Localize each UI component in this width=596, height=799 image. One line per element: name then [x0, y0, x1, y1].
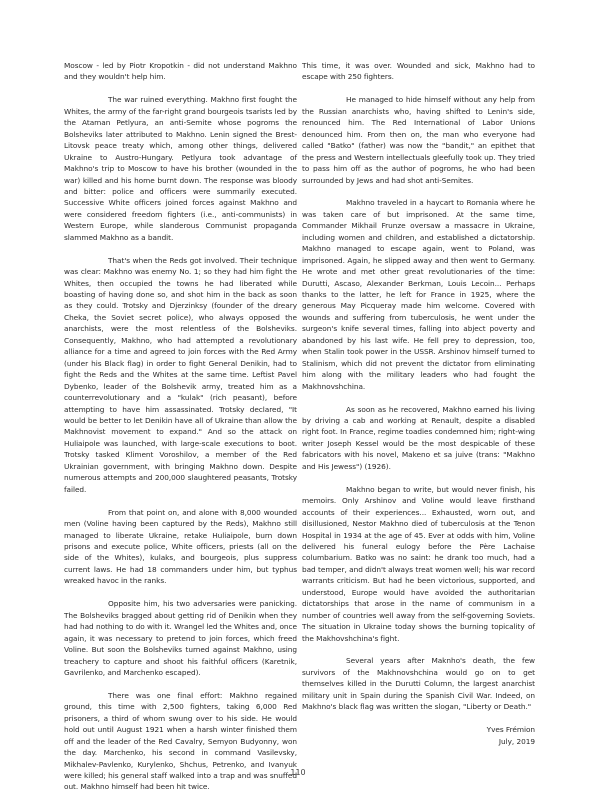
paragraph-continued: This time, it was over. Wounded and sick… — [302, 60, 535, 83]
paragraph: Opposite him, his two adversaries were p… — [64, 598, 297, 678]
paragraph: Makhno began to write, but would never f… — [302, 484, 535, 644]
signature: Yves Frémion July, 2019 — [302, 724, 535, 747]
paragraph: He managed to hide himself without any h… — [302, 94, 535, 186]
page-number: 110 — [0, 768, 596, 777]
paragraph: From that point on, and alone with 8,000… — [64, 507, 297, 587]
right-column: This time, it was over. Wounded and sick… — [302, 60, 535, 747]
signature-date: July, 2019 — [302, 736, 535, 747]
document-page: Moscow - led by Piotr Kropotkin - did no… — [0, 0, 596, 799]
paragraph: That's when the Reds got involved. Their… — [64, 255, 297, 496]
paragraph: Several years after Maknho's death, the … — [302, 655, 535, 712]
paragraph: The war ruined everything. Makhno first … — [64, 94, 297, 243]
signature-author: Yves Frémion — [302, 724, 535, 735]
paragraph: As soon as he recovered, Makhno earned h… — [302, 404, 535, 473]
paragraph: There was one final effort: Makhno regai… — [64, 690, 297, 793]
left-column: Moscow - led by Piotr Kropotkin - did no… — [64, 60, 297, 799]
paragraph: Makhno traveled in a haycart to Romania … — [302, 197, 535, 392]
paragraph-continued: Moscow - led by Piotr Kropotkin - did no… — [64, 60, 297, 83]
